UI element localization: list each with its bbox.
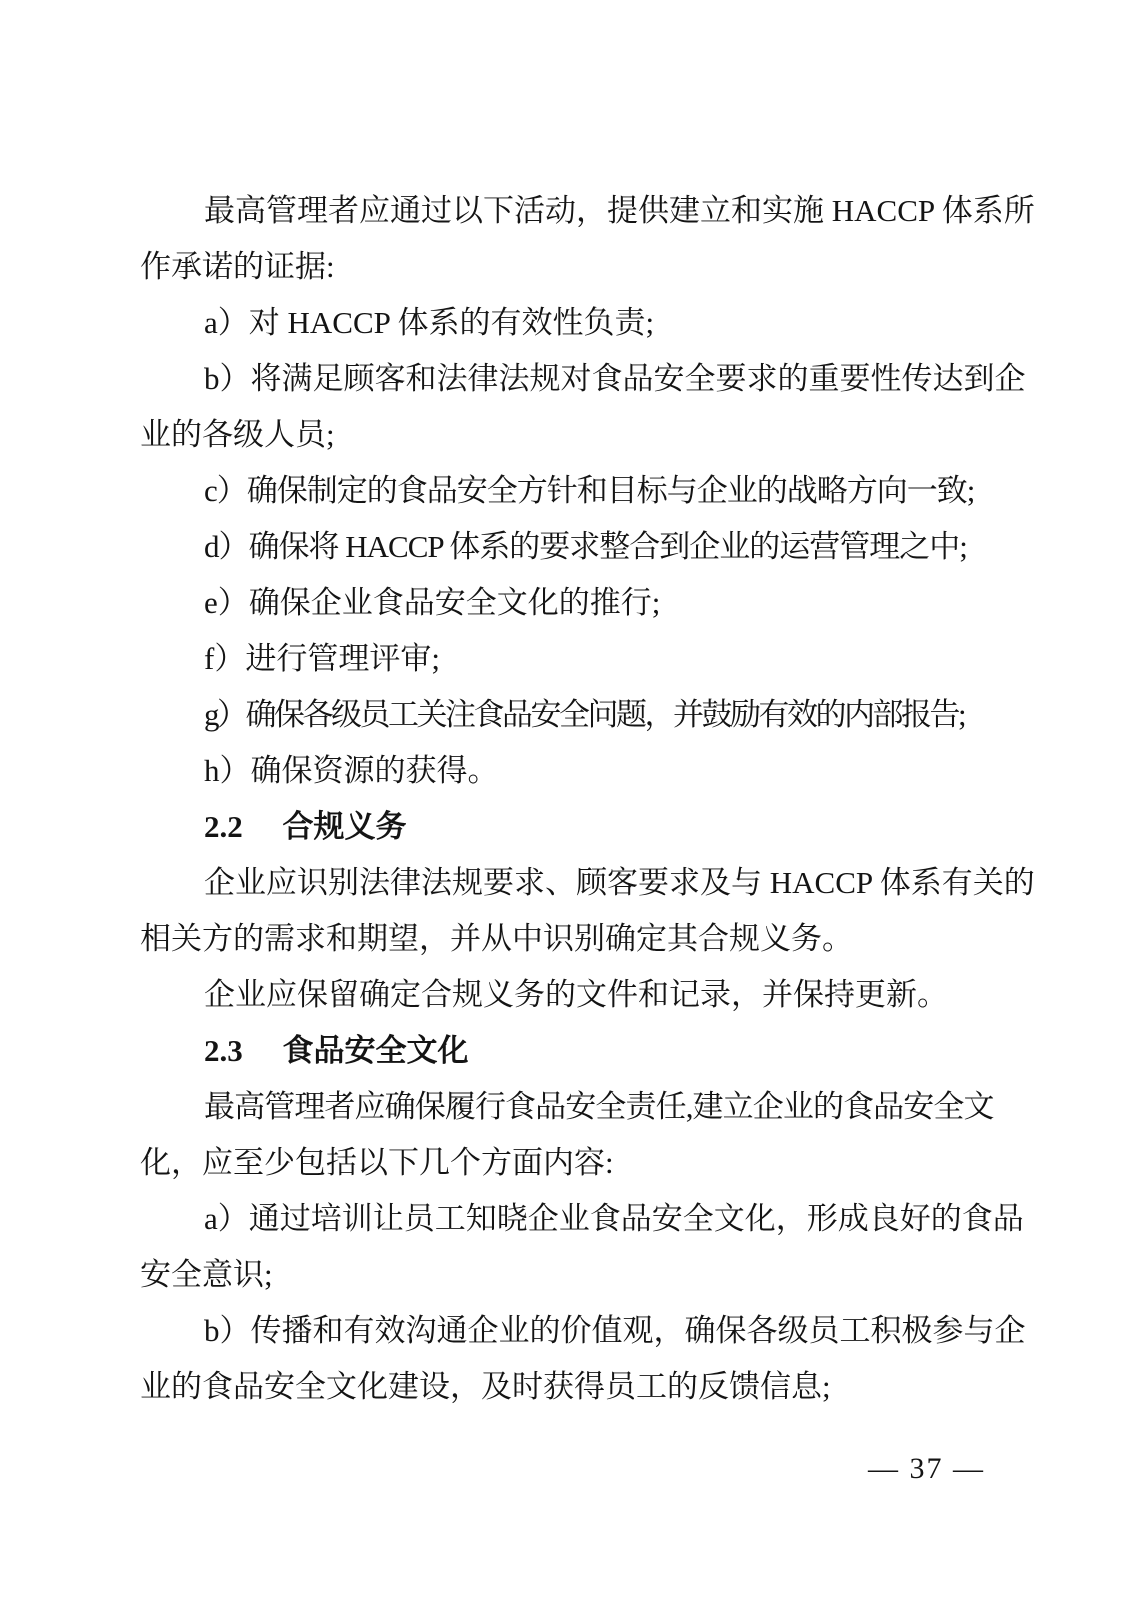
section-title: 食品安全文化 — [283, 1033, 469, 1068]
list-item-a2-line-2: 安全意识; — [140, 1247, 992, 1303]
list-item-h: h）确保资源的获得。 — [140, 743, 992, 799]
section-title: 合规义务 — [283, 809, 407, 844]
list-item-b1-line-2: 业的各级人员; — [140, 407, 992, 463]
list-item-b1-line-1: b）将满足顾客和法律法规对食品安全要求的重要性传达到企 — [140, 351, 992, 407]
list-item-g: g）确保各级员工关注食品安全问题，并鼓励有效的内部报告; — [140, 687, 992, 743]
paragraph-commitment-line-1: 最高管理者应通过以下活动，提供建立和实施 HACCP 体系所 — [140, 183, 992, 239]
document-body: 最高管理者应通过以下活动，提供建立和实施 HACCP 体系所 作承诺的证据: a… — [140, 183, 992, 1415]
list-item-b2-line-2: 业的食品安全文化建设，及时获得员工的反馈信息; — [140, 1359, 992, 1415]
list-item-c: c）确保制定的食品安全方针和目标与企业的战略方向一致; — [140, 463, 992, 519]
section-number: 2.2 — [204, 809, 243, 844]
list-item-a1: a）对 HACCP 体系的有效性负责; — [140, 295, 992, 351]
paragraph-records: 企业应保留确定合规义务的文件和记录，并保持更新。 — [140, 967, 992, 1023]
paragraph-culture-line-2: 化，应至少包括以下几个方面内容: — [140, 1135, 992, 1191]
paragraph-compliance-line-2: 相关方的需求和期望，并从中识别确定其合规义务。 — [140, 911, 992, 967]
paragraph-culture-line-1: 最高管理者应确保履行食品安全责任,建立企业的食品安全文 — [140, 1079, 992, 1135]
list-item-b2-line-1: b）传播和有效沟通企业的价值观，确保各级员工积极参与企 — [140, 1303, 992, 1359]
section-number: 2.3 — [204, 1033, 243, 1068]
list-item-f: f）进行管理评审; — [140, 631, 992, 687]
list-item-e: e）确保企业食品安全文化的推行; — [140, 575, 992, 631]
section-heading-2-3: 2.3 食品安全文化 — [140, 1023, 992, 1079]
page-number: — 37 — — [868, 1447, 985, 1491]
list-item-d: d）确保将 HACCP 体系的要求整合到企业的运营管理之中; — [140, 519, 992, 575]
paragraph-compliance-line-1: 企业应识别法律法规要求、顾客要求及与 HACCP 体系有关的 — [140, 855, 992, 911]
paragraph-commitment-line-2: 作承诺的证据: — [140, 239, 992, 295]
document-page: 最高管理者应通过以下活动，提供建立和实施 HACCP 体系所 作承诺的证据: a… — [0, 0, 1131, 1600]
list-item-a2-line-1: a）通过培训让员工知晓企业食品安全文化，形成良好的食品 — [140, 1191, 992, 1247]
section-heading-2-2: 2.2 合规义务 — [140, 799, 992, 855]
